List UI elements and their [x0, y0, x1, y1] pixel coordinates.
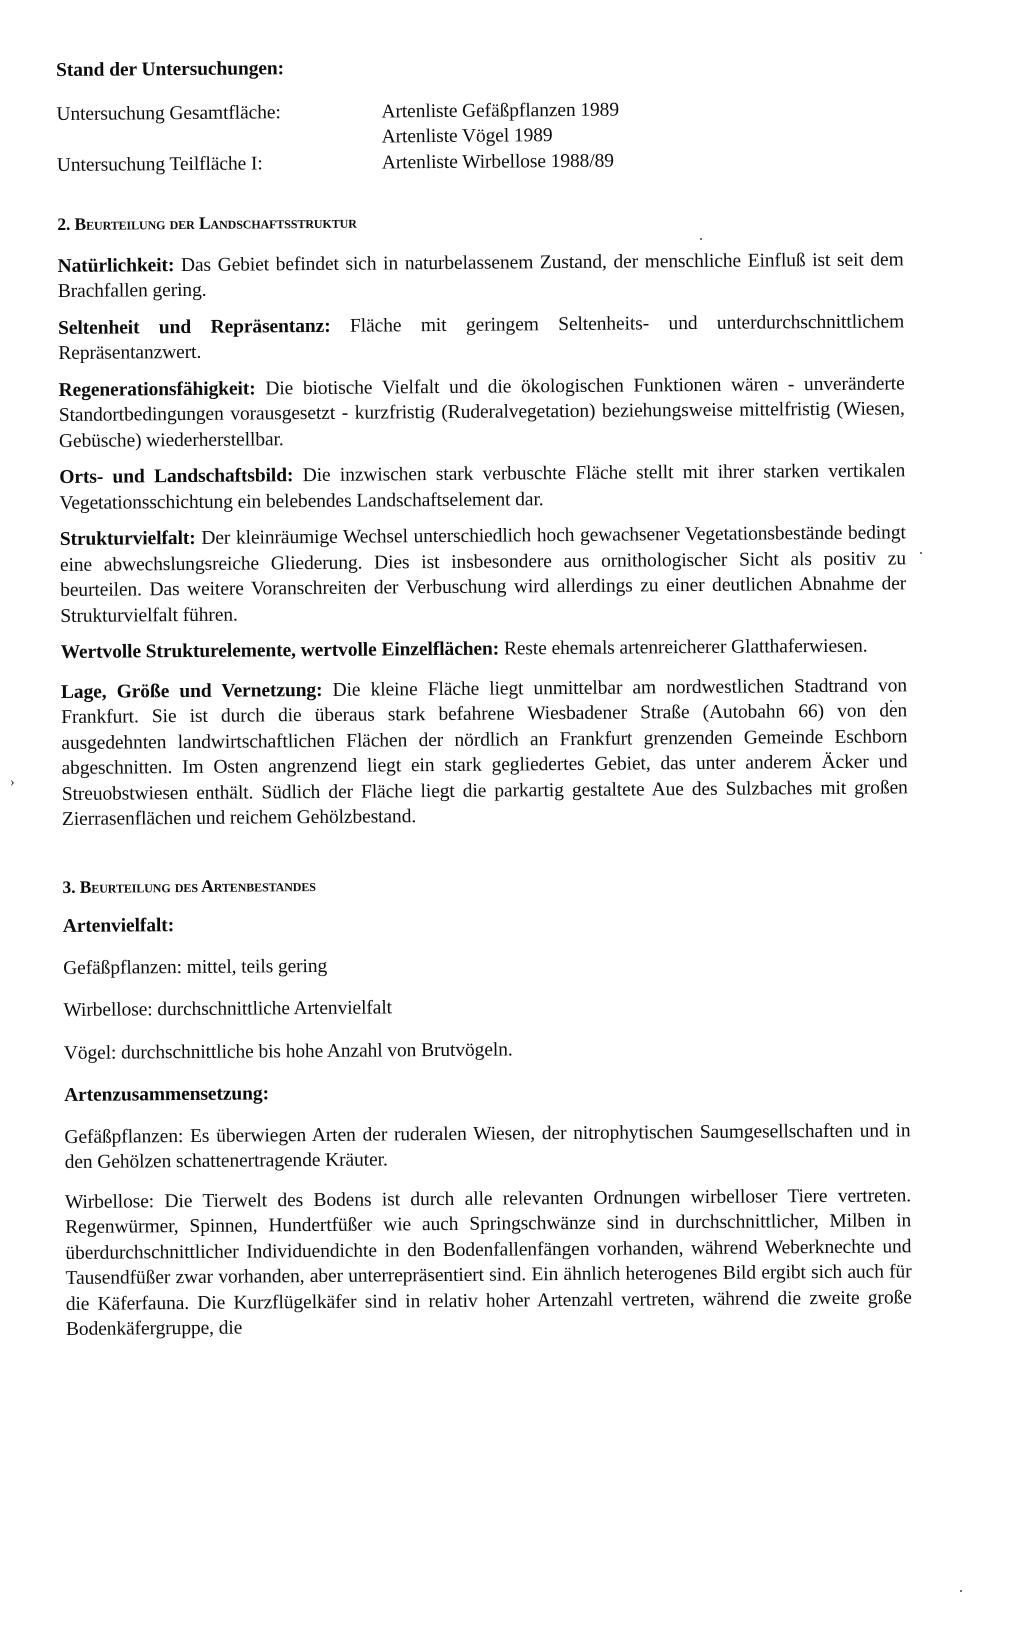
paragraph-label: Orts- und Landschaftsbild:	[59, 465, 293, 488]
paragraph-label: Seltenheit und Repräsentanz:	[58, 315, 331, 338]
paragraph-strukturvielfalt: Strukturvielfalt: Der kleinräumige Wechs…	[60, 520, 907, 629]
subheading-artenzusammensetzung: Artenzusammensetzung:	[64, 1076, 910, 1108]
section-heading-artenbestand: 3. Beurteilung des Artenbestandes	[62, 868, 908, 900]
status-title: Stand der Untersuchungen:	[56, 51, 902, 83]
scan-speck	[920, 552, 922, 554]
scan-speck	[700, 238, 702, 240]
paragraph-label: Wertvolle Strukturelemente, wertvolle Ei…	[61, 639, 500, 663]
artenvielfalt-item: Gefäßpflanzen: mittel, teils gering	[63, 949, 909, 981]
paragraph-text: Reste ehemals artenreicherer Glatthaferw…	[499, 636, 867, 660]
paragraph-ortsbild: Orts- und Landschaftsbild: Die inzwische…	[59, 458, 905, 516]
scan-speck	[890, 700, 892, 702]
margin-mark: ›	[10, 775, 15, 791]
section-heading-landschaftsstruktur: 2. Beurteilung der Landschaftsstruktur	[57, 205, 903, 237]
paragraph-wirbellose: Wirbellose: Die Tierwelt des Bodens ist …	[65, 1183, 912, 1343]
paragraph-label: Natürlichkeit:	[58, 255, 175, 277]
status-row-label: Untersuchung Teilfläche I:	[57, 150, 382, 178]
status-row-label: Untersuchung Gesamtfläche:	[56, 99, 381, 127]
artenvielfalt-item: Wirbellose: durchschnittliche Artenvielf…	[63, 991, 909, 1023]
status-table: Untersuchung Gesamtfläche: Artenliste Ge…	[56, 95, 903, 178]
paragraph-gefaesspflanzen: Gefäßpflanzen: Es überwiegen Arten der r…	[64, 1118, 910, 1176]
paragraph-natuerlichkeit: Natürlichkeit: Das Gebiet befindet sich …	[58, 247, 904, 305]
document-page: Stand der Untersuchungen: Untersuchung G…	[56, 51, 912, 1353]
paragraph-regeneration: Regenerationsfähigkeit: Die biotische Vi…	[59, 371, 906, 454]
artenvielfalt-item: Vögel: durchschnittliche bis hohe Anzahl…	[64, 1034, 910, 1066]
paragraph-label: Regenerationsfähigkeit:	[59, 378, 256, 401]
paragraph-strukturelemente: Wertvolle Strukturelemente, wertvolle Ei…	[61, 633, 907, 665]
paragraph-label: Strukturvielfalt:	[60, 528, 196, 550]
paragraph-lage: Lage, Größe und Vernetzung: Die kleine F…	[61, 673, 908, 833]
scan-speck	[960, 1590, 962, 1592]
paragraph-seltenheit: Seltenheit und Repräsentanz: Fläche mit …	[58, 309, 904, 367]
paragraph-label: Lage, Größe und Vernetzung:	[61, 679, 323, 702]
status-row-value: Artenliste Wirbellose 1988/89	[382, 146, 903, 176]
subheading-artenvielfalt: Artenvielfalt:	[63, 907, 909, 939]
paragraph-text: Das Gebiet befindet sich in naturbelasse…	[58, 249, 904, 302]
